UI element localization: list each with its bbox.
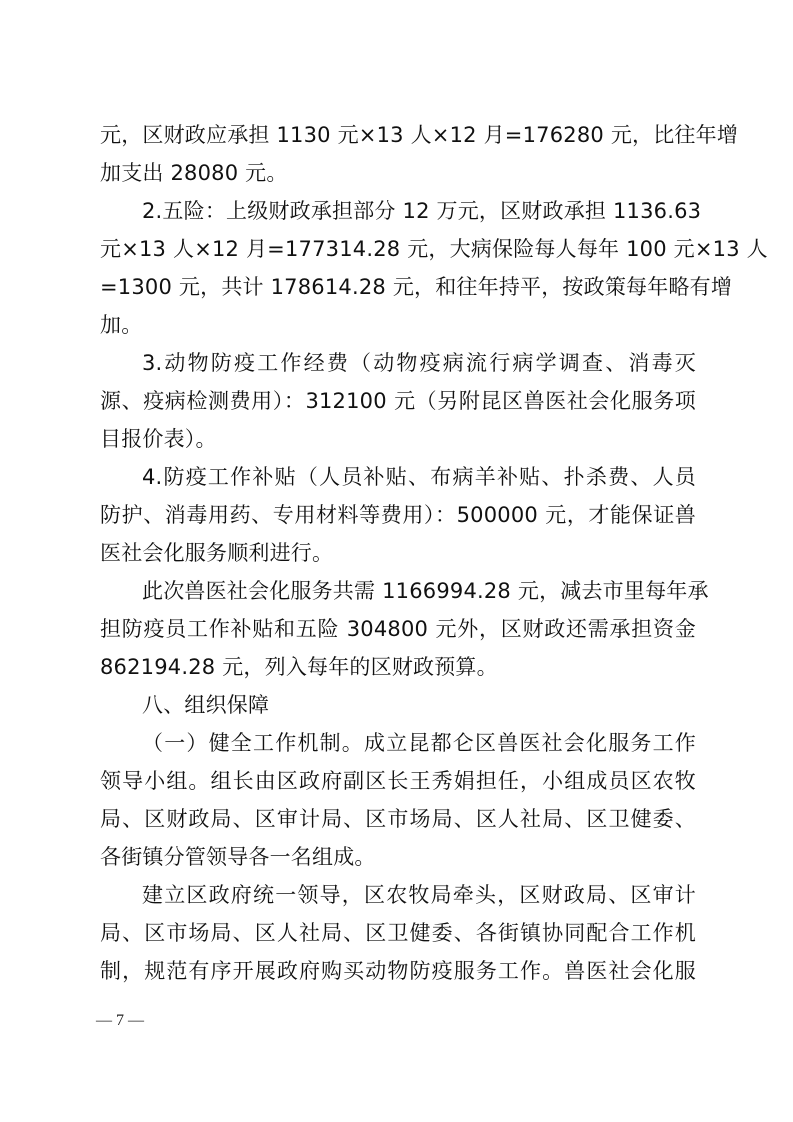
page-number: — 7 —	[96, 1012, 144, 1030]
text-line: 3.动物防疫工作经费（动物疫病流行病学调查、消毒灭	[100, 344, 696, 382]
text-line: 此次兽医社会化服务共需 1166994.28 元，减去市里每年承	[100, 572, 696, 610]
text-line: 元×13 人×12 月=177314.28 元，大病保险每人每年 100 元×1…	[100, 230, 696, 268]
text-line: 4.防疫工作补贴（人员补贴、布病羊补贴、扑杀费、人员	[100, 458, 696, 496]
text-line: 加支出 28080 元。	[100, 154, 696, 192]
document-body: 元，区财政应承担 1130 元×13 人×12 月=176280 元，比往年增 …	[100, 116, 696, 990]
text-line: =1300 元，共计 178614.28 元，和往年持平，按政策每年略有增	[100, 268, 696, 306]
text-line: 担防疫员工作补贴和五险 304800 元外，区财政还需承担资金	[100, 610, 696, 648]
text-line: （一）健全工作机制。成立昆都仑区兽医社会化服务工作	[100, 724, 696, 762]
text-line: 局、区财政局、区审计局、区市场局、区人社局、区卫健委、	[100, 800, 696, 838]
text-line: 加。	[100, 306, 696, 344]
text-line: 各街镇分管领导各一名组成。	[100, 838, 696, 876]
text-line: 医社会化服务顺利进行。	[100, 534, 696, 572]
text-line: 防护、消毒用药、专用材料等费用）：500000 元，才能保证兽	[100, 496, 696, 534]
section-heading: 八、组织保障	[100, 686, 696, 724]
text-line: 目报价表）。	[100, 420, 696, 458]
text-line: 局、区市场局、区人社局、区卫健委、各街镇协同配合工作机	[100, 914, 696, 952]
text-line: 2.五险：上级财政承担部分 12 万元，区财政承担 1136.63	[100, 192, 696, 230]
text-line: 建立区政府统一领导，区农牧局牵头，区财政局、区审计	[100, 876, 696, 914]
text-line: 源、疫病检测费用）：312100 元（另附昆区兽医社会化服务项	[100, 382, 696, 420]
text-line: 元，区财政应承担 1130 元×13 人×12 月=176280 元，比往年增	[100, 116, 696, 154]
text-line: 制，规范有序开展政府购买动物防疫服务工作。兽医社会化服	[100, 952, 696, 990]
text-line: 领导小组。组长由区政府副区长王秀娟担任，小组成员区农牧	[100, 762, 696, 800]
text-line: 862194.28 元，列入每年的区财政预算。	[100, 648, 696, 686]
